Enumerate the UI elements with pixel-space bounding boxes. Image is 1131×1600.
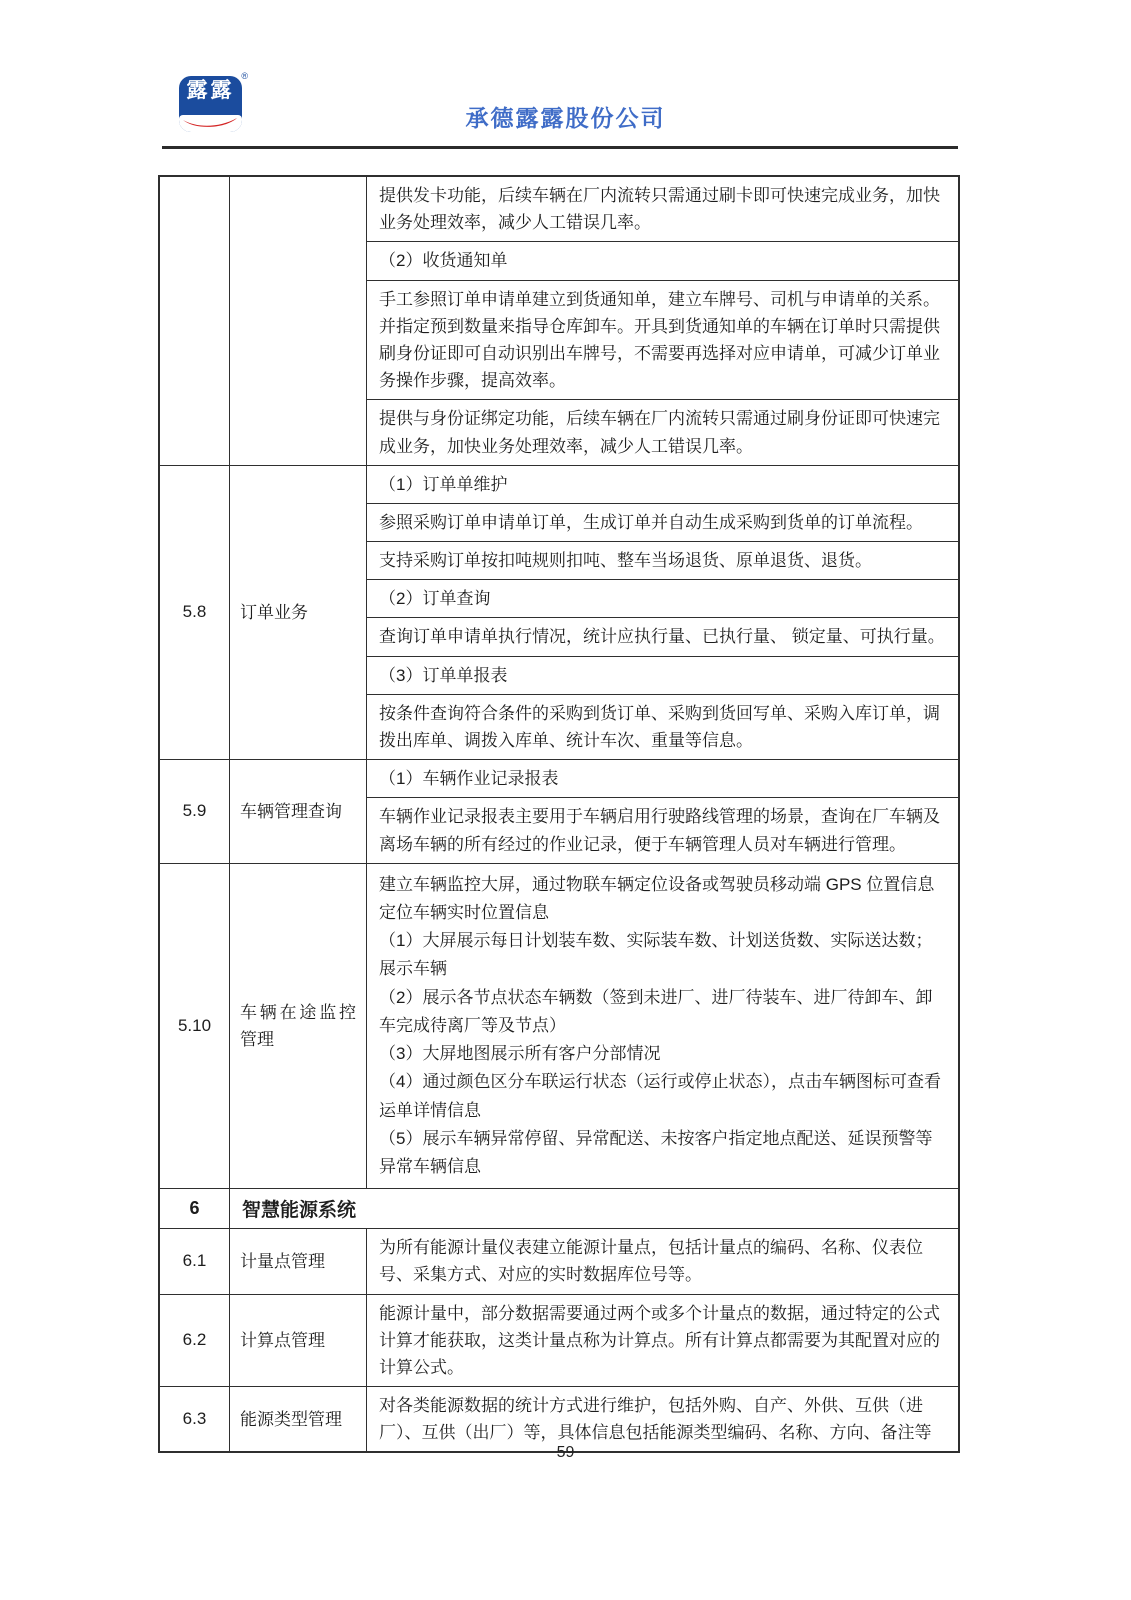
spec-cell: （2）收货通知单 xyxy=(367,242,958,280)
row-detail-cells: 提供发卡功能，后续车辆在厂内流转只需通过刷卡即可快速完成业务，加快业务处理效率，… xyxy=(367,177,958,465)
spec-cell: 支持采购订单按扣吨规则扣吨、整车当场退货、原单退货、退货。 xyxy=(367,542,958,580)
row-detail-cells: 对各类能源数据的统计方式进行维护，包括外购、自产、外供、互供（进厂）、互供（出厂… xyxy=(367,1387,958,1451)
row-label: 能源类型管理 xyxy=(240,1406,356,1433)
spec-cell: 车辆作业记录报表主要用于车辆启用行驶路线管理的场景，查询在厂车辆及离场车辆的所有… xyxy=(367,798,958,862)
table-row-6-2: 6.2 计算点管理 能源计量中，部分数据需要通过两个或多个计量点的数据，通过特定… xyxy=(160,1295,958,1388)
page-number: 59 xyxy=(0,1444,1131,1462)
spec-text: 参照采购订单申请单订单，生成订单并自动生成采购到货单的订单流程。 xyxy=(379,509,946,536)
row-detail-cells: （1）车辆作业记录报表 车辆作业记录报表主要用于车辆启用行驶路线管理的场景，查询… xyxy=(367,760,958,863)
spec-text: 为所有能源计量仪表建立能源计量点，包括计量点的编码、名称、仪表位号、采集方式、对… xyxy=(379,1234,946,1288)
spec-text: 能源计量中，部分数据需要通过两个或多个计量点的数据，通过特定的公式计算才能获取，… xyxy=(379,1300,946,1382)
row-label-cell: 计量点管理 xyxy=(230,1229,367,1293)
logo-text: 露露 xyxy=(179,80,242,101)
row-number-cell: 6.2 xyxy=(160,1295,230,1387)
spec-cell: 建立车辆监控大屏，通过物联车辆定位设备或驾驶员移动端 GPS 位置信息定位车辆实… xyxy=(367,864,958,1188)
row-label: 车辆在途监控管理 xyxy=(240,999,356,1053)
row-detail-cells: 为所有能源计量仪表建立能源计量点，包括计量点的编码、名称、仪表位号、采集方式、对… xyxy=(367,1229,958,1293)
row-label-cell: 车辆在途监控管理 xyxy=(230,864,367,1188)
table-row-6-1: 6.1 计量点管理 为所有能源计量仪表建立能源计量点，包括计量点的编码、名称、仪… xyxy=(160,1229,958,1294)
table-row-5-9: 5.9 车辆管理查询 （1）车辆作业记录报表 车辆作业记录报表主要用于车辆启用行… xyxy=(160,760,958,864)
spec-text: 提供发卡功能，后续车辆在厂内流转只需通过刷卡即可快速完成业务，加快业务处理效率，… xyxy=(379,182,946,236)
page-title: 承德露露股份公司 xyxy=(0,100,1131,133)
table-row-6-3: 6.3 能源类型管理 对各类能源数据的统计方式进行维护，包括外购、自产、外供、互… xyxy=(160,1387,958,1451)
row-label-cell: 车辆管理查询 xyxy=(230,760,367,863)
section-title-cell: 智慧能源系统 xyxy=(230,1189,958,1228)
spec-text: （1）车辆作业记录报表 xyxy=(379,765,946,792)
row-label-cell xyxy=(230,177,367,465)
spec-text: （2）订单查询 xyxy=(379,585,946,612)
row-number-cell: 6.1 xyxy=(160,1229,230,1293)
row-number-cell: 6.3 xyxy=(160,1387,230,1451)
spec-text: （2）收货通知单 xyxy=(379,247,946,274)
spec-cell: 手工参照订单申请单建立到货通知单，建立车牌号、司机与申请单的关系。并指定预到数量… xyxy=(367,281,958,401)
spec-text: 提供与身份证绑定功能，后续车辆在厂内流转只需通过刷身份证即可快速完成业务，加快业… xyxy=(379,405,946,459)
spec-paragraph: （4）通过颜色区分车联运行状态（运行或停止状态），点击车辆图标可查看运单详情信息 xyxy=(379,1068,946,1124)
row-detail-cells: 能源计量中，部分数据需要通过两个或多个计量点的数据，通过特定的公式计算才能获取，… xyxy=(367,1295,958,1387)
header-divider xyxy=(162,146,958,149)
row-label: 计算点管理 xyxy=(240,1327,356,1354)
spec-text: 车辆作业记录报表主要用于车辆启用行驶路线管理的场景，查询在厂车辆及离场车辆的所有… xyxy=(379,803,946,857)
spec-cell: 查询订单申请单执行情况，统计应执行量、已执行量、 锁定量、可执行量。 xyxy=(367,618,958,656)
row-label: 计量点管理 xyxy=(240,1248,356,1275)
table-row-continuation: 提供发卡功能，后续车辆在厂内流转只需通过刷卡即可快速完成业务，加快业务处理效率，… xyxy=(160,177,958,466)
spec-text: （3）订单单报表 xyxy=(379,662,946,689)
spec-text: 按条件查询符合条件的采购到货订单、采购到货回写单、采购入库订单，调拨出库单、调拨… xyxy=(379,700,946,754)
spec-cell: 参照采购订单申请单订单，生成订单并自动生成采购到货单的订单流程。 xyxy=(367,504,958,542)
spec-text-block: 建立车辆监控大屏，通过物联车辆定位设备或驾驶员移动端 GPS 位置信息定位车辆实… xyxy=(379,871,946,1181)
spec-cell: 提供与身份证绑定功能，后续车辆在厂内流转只需通过刷身份证即可快速完成业务，加快业… xyxy=(367,400,958,464)
row-label-cell: 计算点管理 xyxy=(230,1295,367,1387)
table-row-5-8: 5.8 订单业务 （1）订单单维护 参照采购订单申请单订单，生成订单并自动生成采… xyxy=(160,466,958,761)
row-number-cell xyxy=(160,177,230,465)
row-label: 车辆管理查询 xyxy=(240,798,356,825)
spec-paragraph: （2）展示各节点状态车辆数（签到未进厂、进厂待装车、进厂待卸车、卸车完成待离厂等… xyxy=(379,984,946,1040)
spec-text: 对各类能源数据的统计方式进行维护，包括外购、自产、外供、互供（进厂）、互供（出厂… xyxy=(379,1392,946,1446)
row-label: 订单业务 xyxy=(240,599,356,626)
spec-paragraph: （3）大屏地图展示所有客户分部情况 xyxy=(379,1040,946,1068)
spec-paragraph: （5）展示车辆异常停留、异常配送、未按客户指定地点配送、延误预警等异常车辆信息 xyxy=(379,1125,946,1181)
spec-text: 支持采购订单按扣吨规则扣吨、整车当场退货、原单退货、退货。 xyxy=(379,547,946,574)
spec-cell: 按条件查询符合条件的采购到货订单、采购到货回写单、采购入库订单，调拨出库单、调拨… xyxy=(367,695,958,759)
row-number-cell: 5.9 xyxy=(160,760,230,863)
table-section-row-6: 6 智慧能源系统 xyxy=(160,1189,958,1229)
spec-cell: （3）订单单报表 xyxy=(367,657,958,695)
spec-cell: （1）车辆作业记录报表 xyxy=(367,760,958,798)
row-label-cell: 订单业务 xyxy=(230,466,367,760)
section-number-cell: 6 xyxy=(160,1189,230,1228)
table-row-5-10: 5.10 车辆在途监控管理 建立车辆监控大屏，通过物联车辆定位设备或驾驶员移动端… xyxy=(160,864,958,1189)
row-label-cell: 能源类型管理 xyxy=(230,1387,367,1451)
row-detail-cells: 建立车辆监控大屏，通过物联车辆定位设备或驾驶员移动端 GPS 位置信息定位车辆实… xyxy=(367,864,958,1188)
spec-cell: 提供发卡功能，后续车辆在厂内流转只需通过刷卡即可快速完成业务，加快业务处理效率，… xyxy=(367,177,958,242)
row-number-cell: 5.8 xyxy=(160,466,230,760)
spec-cell: 能源计量中，部分数据需要通过两个或多个计量点的数据，通过特定的公式计算才能获取，… xyxy=(367,1295,958,1387)
spec-text: 手工参照订单申请单建立到货通知单，建立车牌号、司机与申请单的关系。并指定预到数量… xyxy=(379,286,946,395)
spec-paragraph: 建立车辆监控大屏，通过物联车辆定位设备或驾驶员移动端 GPS 位置信息定位车辆实… xyxy=(379,871,946,927)
spec-text: 查询订单申请单执行情况，统计应执行量、已执行量、 锁定量、可执行量。 xyxy=(379,623,946,650)
spec-paragraph: （1）大屏展示每日计划装车数、实际装车数、计划送货数、实际送达数；展示车辆 xyxy=(379,927,946,983)
spec-text: （1）订单单维护 xyxy=(379,471,946,498)
spec-cell: 为所有能源计量仪表建立能源计量点，包括计量点的编码、名称、仪表位号、采集方式、对… xyxy=(367,1229,958,1293)
row-detail-cells: （1）订单单维护 参照采购订单申请单订单，生成订单并自动生成采购到货单的订单流程… xyxy=(367,466,958,760)
specification-table: 提供发卡功能，后续车辆在厂内流转只需通过刷卡即可快速完成业务，加快业务处理效率，… xyxy=(158,175,960,1453)
spec-cell: （1）订单单维护 xyxy=(367,466,958,504)
spec-cell: 对各类能源数据的统计方式进行维护，包括外购、自产、外供、互供（进厂）、互供（出厂… xyxy=(367,1387,958,1451)
row-number-cell: 5.10 xyxy=(160,864,230,1188)
registered-trademark-icon: ® xyxy=(241,72,248,81)
spec-cell: （2）订单查询 xyxy=(367,580,958,618)
